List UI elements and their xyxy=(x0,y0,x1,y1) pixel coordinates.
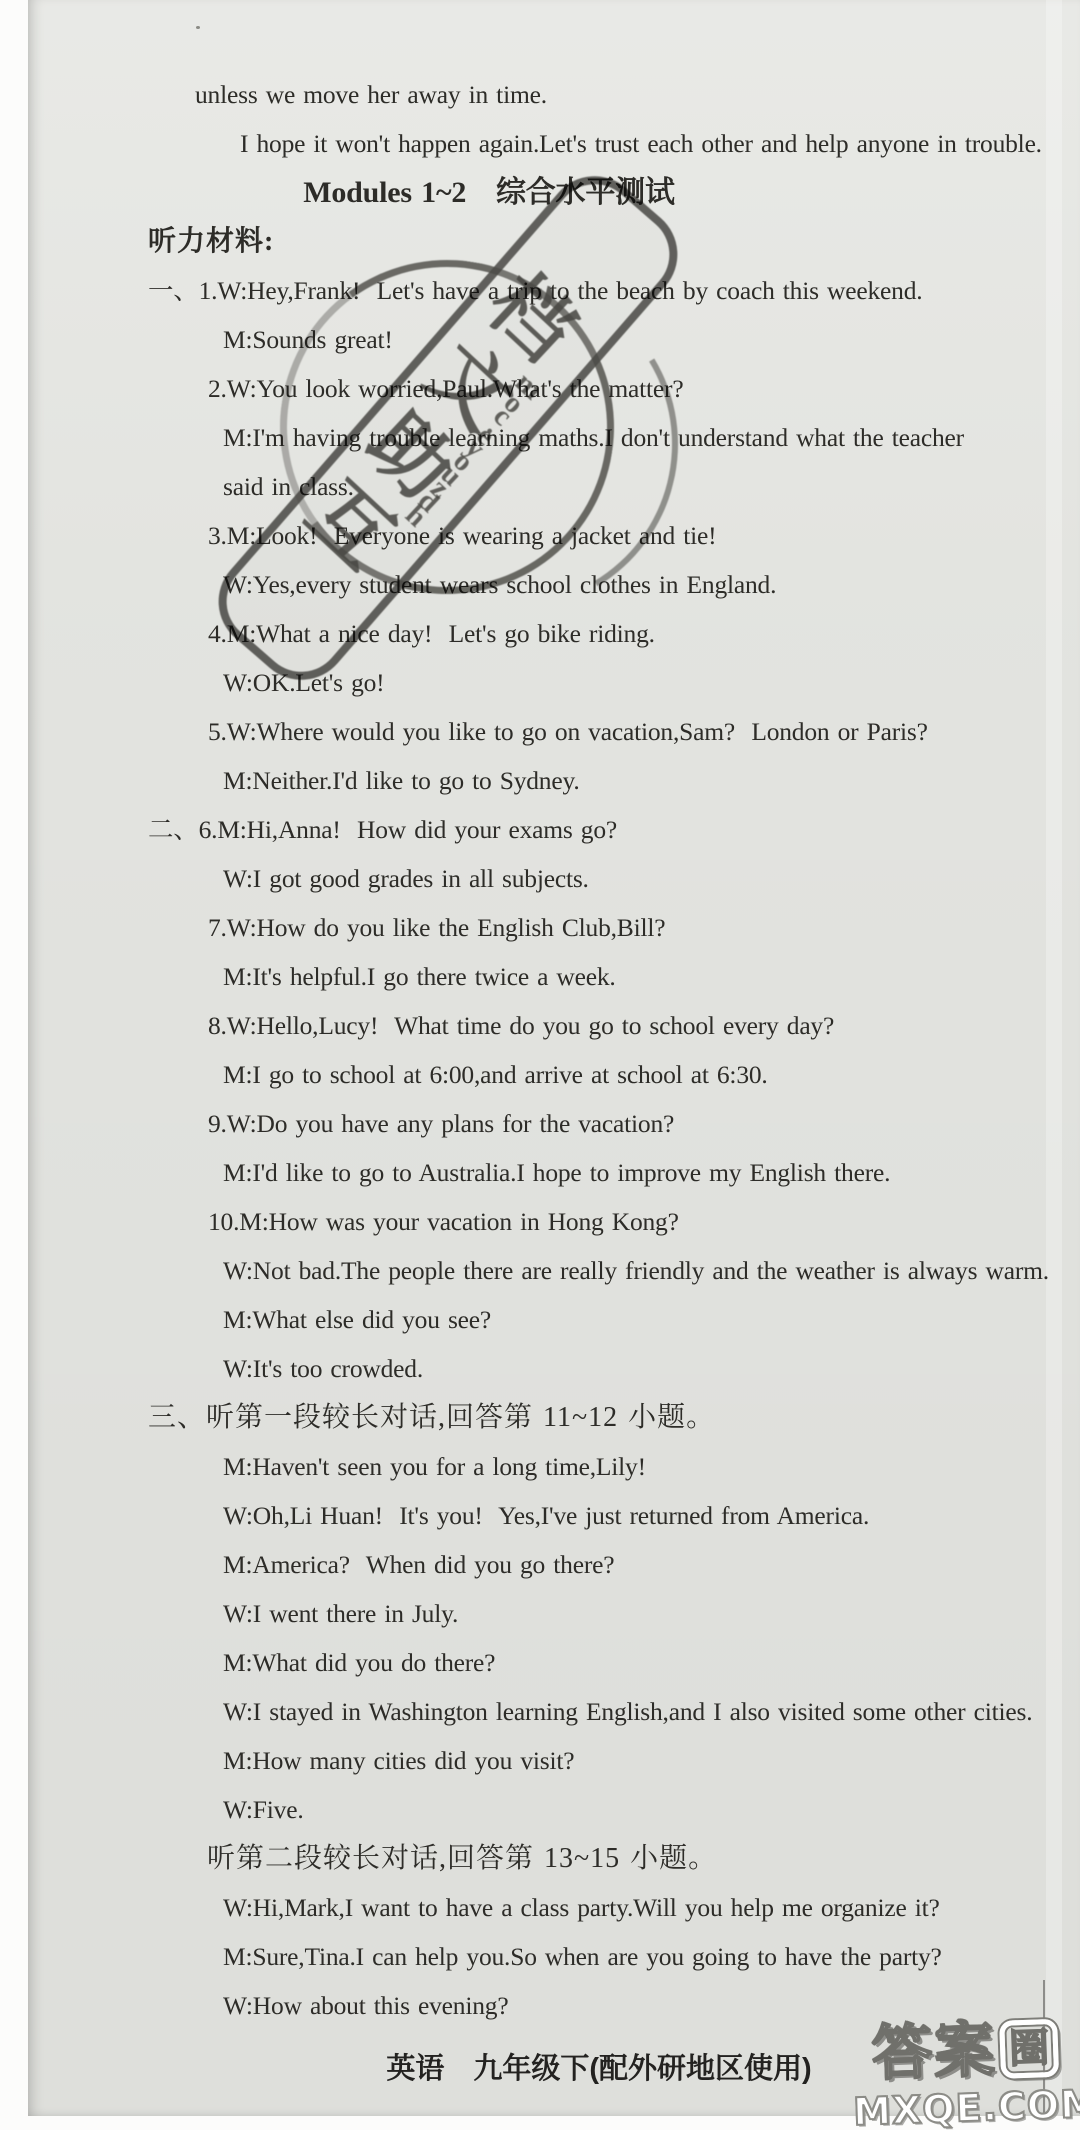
transcript-line: 一、1.W:Hey,Frank! Let's have a trip to th… xyxy=(28,266,1080,315)
transcript-line: W:Hi,Mark,I want to have a class party.W… xyxy=(28,1883,1080,1932)
transcript-line: M:America? When did you go there? xyxy=(28,1540,1080,1589)
transcript-line: M:What else did you see? xyxy=(28,1295,1080,1344)
paper-background: unless we move her away in time.I hope i… xyxy=(28,0,1080,2116)
test-title: Modules 1~2 综合水平测试 xyxy=(28,168,1080,217)
transcript-line: 3.M:Look! Everyone is wearing a jacket a… xyxy=(28,511,1080,560)
transcript-line: 2.W:You look worried,Paul.What's the mat… xyxy=(28,364,1080,413)
transcript-line: 三、听第一段较长对话,回答第 11~12 小题。 xyxy=(28,1393,1080,1442)
transcript-line: W:I got good grades in all subjects. xyxy=(28,854,1080,903)
transcript-line: M:I'd like to go to Australia.I hope to … xyxy=(28,1148,1080,1197)
transcript-line: M:How many cities did you visit? xyxy=(28,1736,1080,1785)
transcript-line: 7.W:How do you like the English Club,Bil… xyxy=(28,903,1080,952)
transcript-line: W:Oh,Li Huan! It's you! Yes,I've just re… xyxy=(28,1491,1080,1540)
transcript-line: M:It's helpful.I go there twice a week. xyxy=(28,952,1080,1001)
scanned-answer-page: unless we move her away in time.I hope i… xyxy=(0,0,1080,2130)
transcript-line: said in class. xyxy=(28,462,1080,511)
transcript-line: M:What did you do there? xyxy=(28,1638,1080,1687)
transcript-line: M:Neither.I'd like to go to Sydney. xyxy=(28,756,1080,805)
listening-transcript: unless we move her away in time.I hope i… xyxy=(28,70,1080,2030)
transcript-line: W:OK.Let's go! xyxy=(28,658,1080,707)
transcript-line: W:It's too crowded. xyxy=(28,1344,1080,1393)
transcript-line: 听第二段较长对话,回答第 13~15 小题。 xyxy=(28,1834,1080,1883)
transcript-line: M:I'm having trouble learning maths.I do… xyxy=(28,413,1080,462)
watermark-circled-char: 圈 xyxy=(999,2019,1059,2079)
transcript-line: I hope it won't happen again.Let's trust… xyxy=(28,119,1080,168)
transcript-line: unless we move her away in time. xyxy=(28,70,1080,119)
transcript-line: 5.W:Where would you like to go on vacati… xyxy=(28,707,1080,756)
transcript-line: M:I go to school at 6:00,and arrive at s… xyxy=(28,1050,1080,1099)
transcript-line: M:Sure,Tina.I can help you.So when are y… xyxy=(28,1932,1080,1981)
watermark-logo-text: 答案 xyxy=(871,2019,997,2085)
transcript-line: 8.W:Hello,Lucy! What time do you go to s… xyxy=(28,1001,1080,1050)
watermark-site-url: MXQE.COM xyxy=(852,2082,1080,2130)
ink-speck xyxy=(196,26,200,29)
transcript-line: W:Yes,every student wears school clothes… xyxy=(28,560,1080,609)
answer-circle-watermark: 答案 圈 MXQE.COM xyxy=(850,2016,1080,2130)
transcript-line: 4.M:What a nice day! Let's go bike ridin… xyxy=(28,609,1080,658)
transcript-line: W:Five. xyxy=(28,1785,1080,1834)
watermark-logo: 答案 圈 xyxy=(850,2016,1080,2086)
transcript-line: W:Not bad.The people there are really fr… xyxy=(28,1246,1080,1295)
transcript-line: W:I stayed in Washington learning Englis… xyxy=(28,1687,1080,1736)
transcript-line: W:I went there in July. xyxy=(28,1589,1080,1638)
transcript-line: 二、6.M:Hi,Anna! How did your exams go? xyxy=(28,805,1080,854)
transcript-line: 10.M:How was your vacation in Hong Kong? xyxy=(28,1197,1080,1246)
transcript-line: M:Haven't seen you for a long time,Lily! xyxy=(28,1442,1080,1491)
transcript-line: M:Sounds great! xyxy=(28,315,1080,364)
transcript-line: 9.W:Do you have any plans for the vacati… xyxy=(28,1099,1080,1148)
listening-materials-label: 听力材料: xyxy=(28,217,1080,266)
